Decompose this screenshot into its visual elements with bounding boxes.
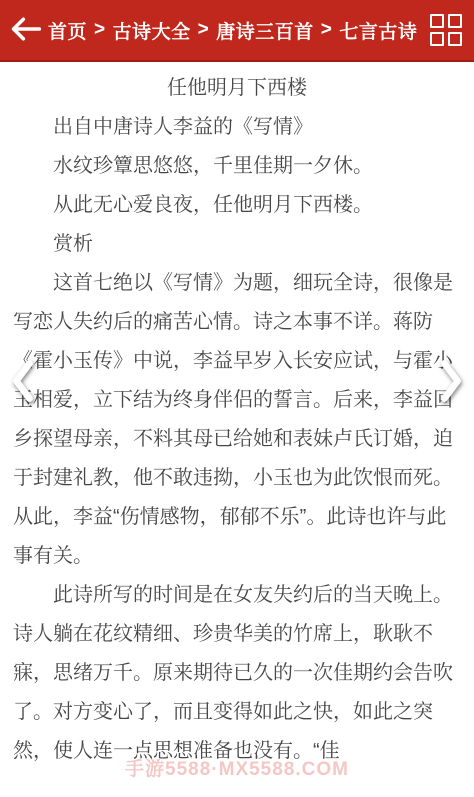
breadcrumb-item-poetry-collection[interactable]: 古诗大全 (113, 17, 191, 44)
breadcrumb-separator: > (321, 19, 333, 41)
breadcrumb-separator: > (198, 19, 210, 41)
breadcrumb-item-seven-char[interactable]: 七言古诗 (339, 17, 417, 44)
poem-source-line: 出自中唐诗人李益的《写情》 (13, 108, 461, 147)
grid-icon (430, 14, 462, 46)
breadcrumb-item-tang-300[interactable]: 唐诗三百首 (216, 17, 314, 44)
poem-line: 从此无心爱良夜，任他明月下西楼。 (13, 186, 461, 225)
chevron-left-icon (9, 359, 37, 406)
next-page-button[interactable] (432, 358, 470, 406)
back-button[interactable] (4, 8, 48, 52)
chevron-right-icon (437, 359, 465, 406)
breadcrumb: 首页 > 古诗大全 > 唐诗三百首 > 七言古诗 (48, 17, 424, 44)
prev-page-button[interactable] (4, 358, 42, 406)
back-arrow-icon (10, 16, 42, 45)
poem-line: 水纹珍簟思悠悠，千里佳期一夕休。 (13, 147, 461, 186)
poem-title: 任他明月下西楼 (13, 69, 461, 108)
article-content: 任他明月下西楼 出自中唐诗人李益的《写情》 水纹珍簟思悠悠，千里佳期一夕休。 从… (0, 64, 474, 771)
analysis-paragraph: 这首七绝以《写情》为题，细玩全诗，很像是写恋人失约后的痛苦心情。诗之本事不详。蒋… (13, 264, 461, 576)
app-header: 首页 > 古诗大全 > 唐诗三百首 > 七言古诗 (0, 0, 474, 62)
section-heading-appreciation: 赏析 (13, 225, 461, 264)
analysis-paragraph: 此诗所写的时间是在女友失约后的当天晚上。诗人躺在花纹精细、珍贵华美的竹席上，耿耿… (13, 576, 461, 771)
breadcrumb-item-home[interactable]: 首页 (48, 17, 87, 44)
breadcrumb-separator: > (94, 19, 106, 41)
menu-grid-button[interactable] (424, 8, 468, 52)
